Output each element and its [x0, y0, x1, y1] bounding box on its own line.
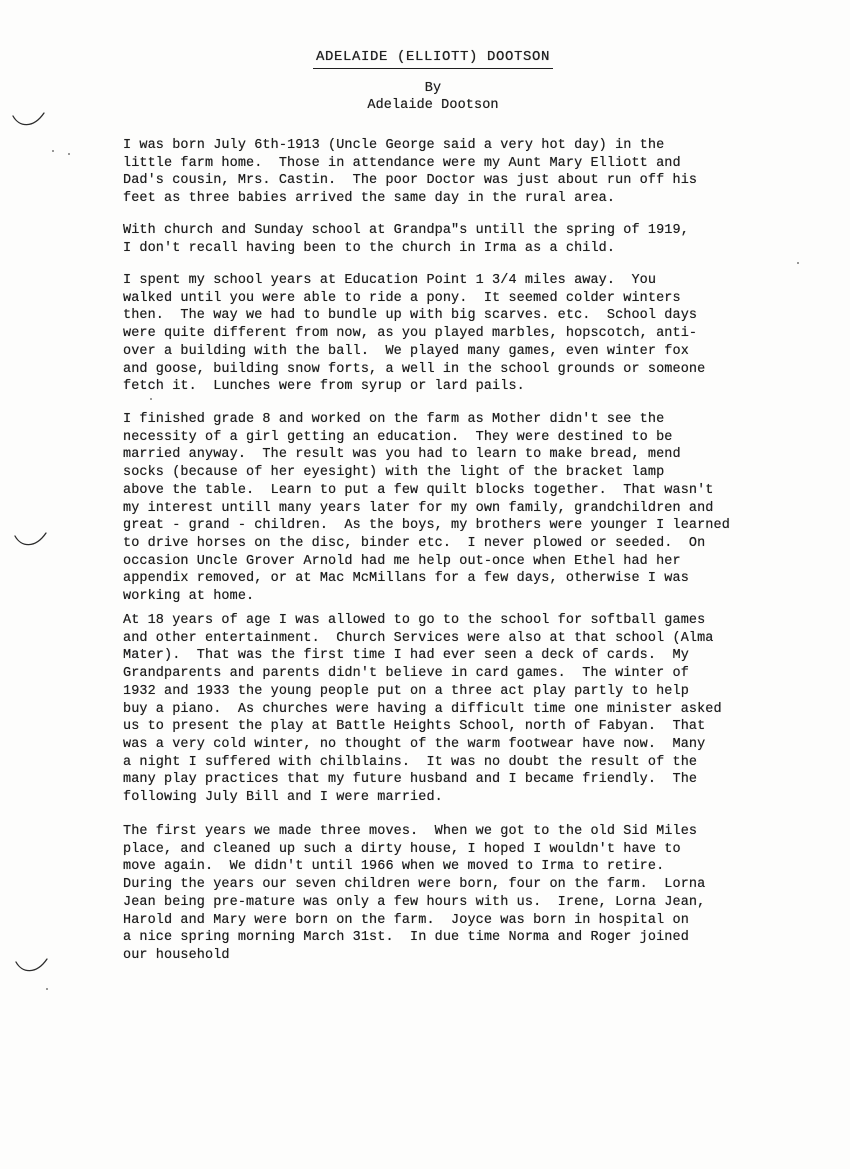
paragraph-school: I spent my school years at Education Poi… [123, 272, 705, 396]
pen-mark [11, 108, 51, 134]
paragraph-farm-work: I finished grade 8 and worked on the far… [123, 411, 730, 606]
paragraph-birth: I was born July 6th-1913 (Uncle George s… [123, 137, 697, 208]
scanned-document-page: ADELAIDE (ELLIOTT) DOOTSON By Adelaide D… [0, 0, 850, 1169]
paragraph-married-life: The first years we made three moves. Whe… [123, 823, 705, 965]
scan-speck [68, 153, 70, 155]
scan-speck [52, 150, 54, 152]
paragraph-young-adult: At 18 years of age I was allowed to go t… [123, 612, 722, 807]
pen-mark [13, 528, 53, 554]
title-block: ADELAIDE (ELLIOTT) DOOTSON [123, 49, 743, 69]
paragraph-church: With church and Sunday school at Grandpa… [123, 222, 689, 257]
scan-speck [797, 262, 799, 264]
pen-mark [14, 953, 54, 981]
document-title: ADELAIDE (ELLIOTT) DOOTSON [313, 49, 553, 69]
byline-label: By [123, 80, 743, 98]
scan-speck [150, 398, 152, 400]
author-name: Adelaide Dootson [123, 97, 743, 115]
scan-speck [46, 988, 48, 990]
